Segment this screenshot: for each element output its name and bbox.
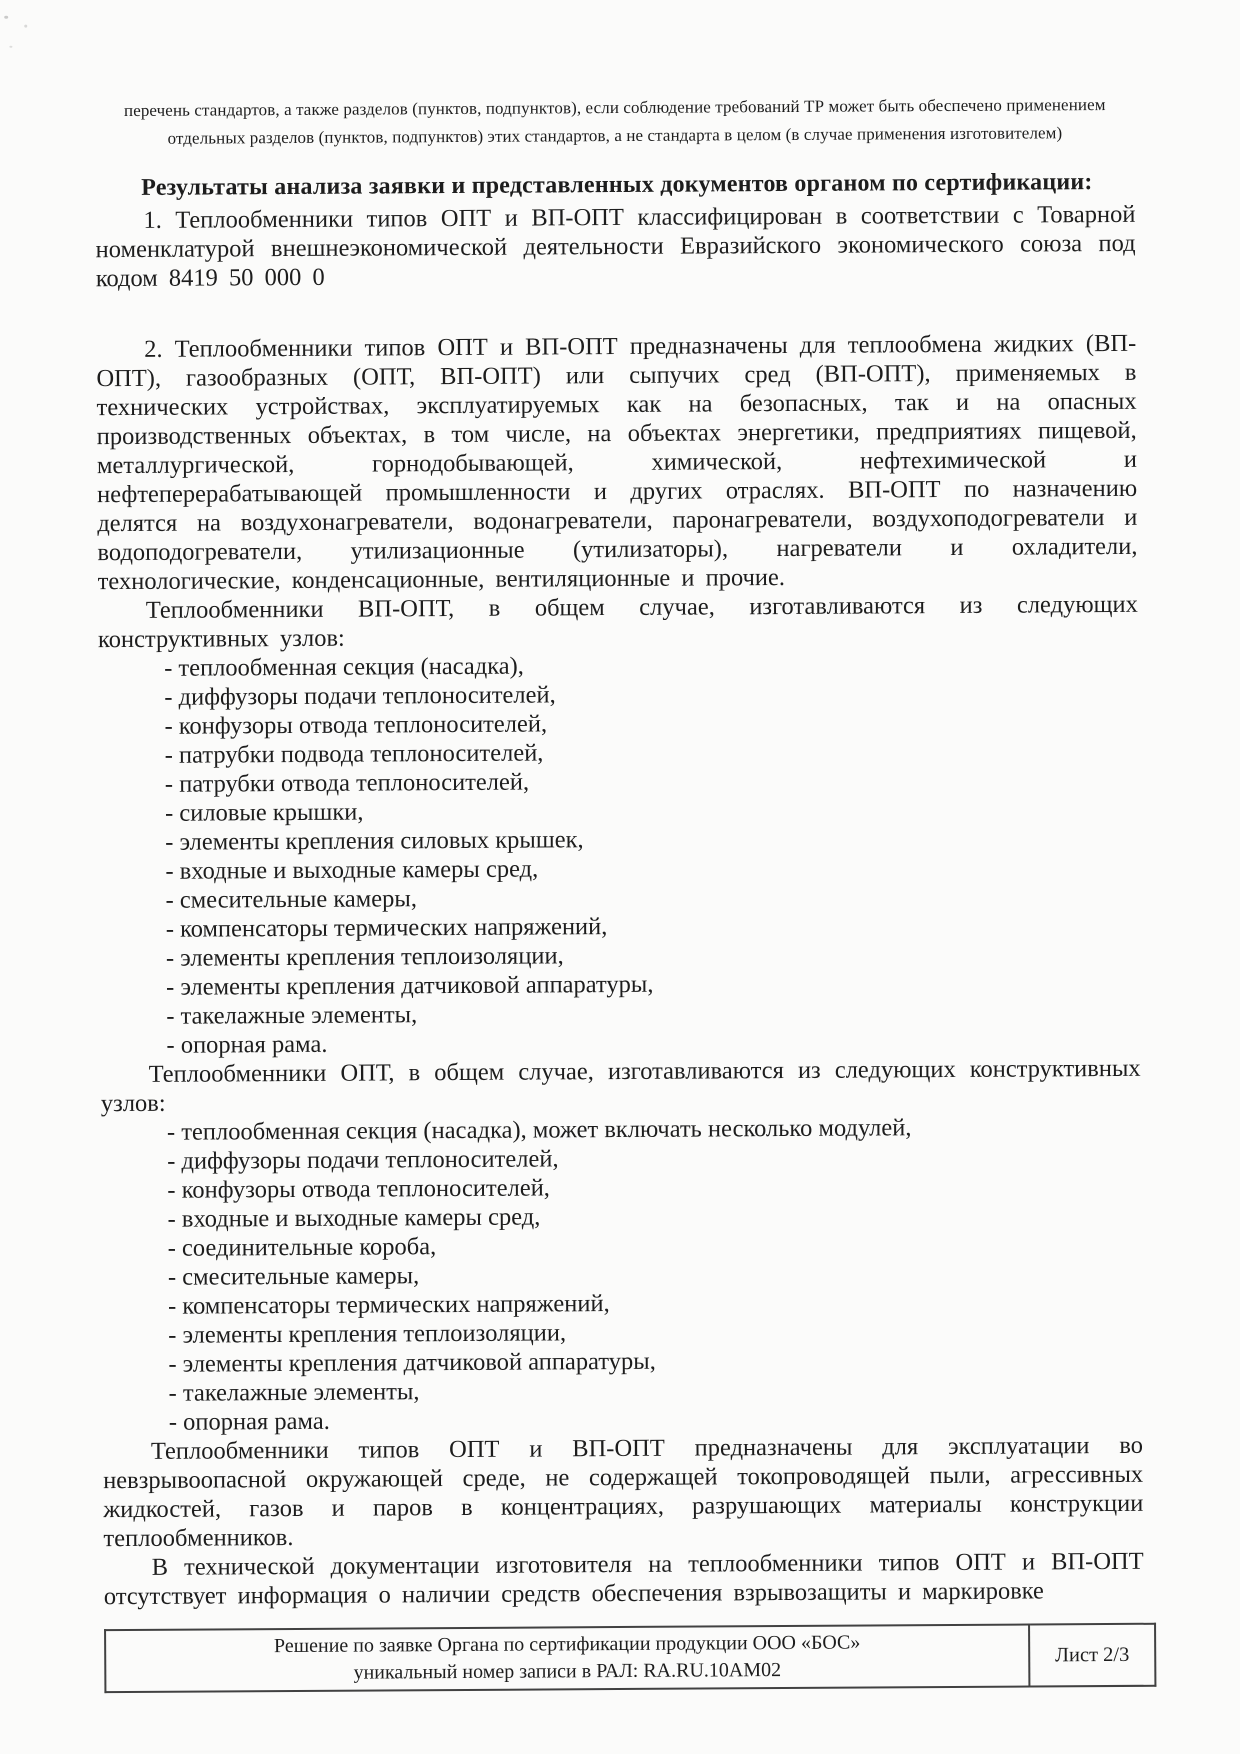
paragraph-classification: 1. Теплообменники типов ОПТ и ВП-ОПТ кла… (95, 200, 1136, 293)
paragraph-documentation: В технической документации изготовителя … (104, 1547, 1144, 1611)
opt-components-list: - теплообменная секция (насадка), может … (101, 1112, 1143, 1437)
vp-opt-components-list: - теплообменная секция (насадка),- диффу… (98, 648, 1140, 1060)
paragraph-operation: Теплообменники типов ОПТ и ВП-ОПТ предна… (103, 1431, 1144, 1553)
opt-components-intro: Теплообменники ОПТ, в общем случае, изго… (101, 1054, 1141, 1118)
scan-speck (24, 25, 27, 28)
page-body: перечень стандартов, а также разделов (п… (94, 0, 1144, 1611)
footer-row: Решение по заявке Органа по сертификации… (105, 1624, 1155, 1692)
scan-speck (4, 16, 8, 19)
footer-decision-cell: Решение по заявке Органа по сертификации… (105, 1625, 1029, 1693)
footer-decision-line2: уникальный номер записи в РАЛ: RA.RU.10A… (112, 1656, 1022, 1689)
paragraph-purpose: 2. Теплообменники типов ОПТ и ВП-ОПТ пре… (96, 329, 1138, 596)
footer-table: Решение по заявке Органа по сертификации… (104, 1623, 1156, 1693)
standards-note: перечень стандартов, а также разделов (п… (95, 91, 1135, 153)
analysis-results-heading: Результаты анализа заявки и представленн… (95, 167, 1135, 203)
scanned-page: перечень стандартов, а также разделов (п… (0, 0, 1240, 1754)
footer-sheet-number: Лист 2/3 (1029, 1624, 1155, 1687)
scan-speck (9, 46, 12, 48)
vp-opt-components-intro: Теплообменники ВП-ОПТ, в общем случае, и… (98, 590, 1138, 654)
